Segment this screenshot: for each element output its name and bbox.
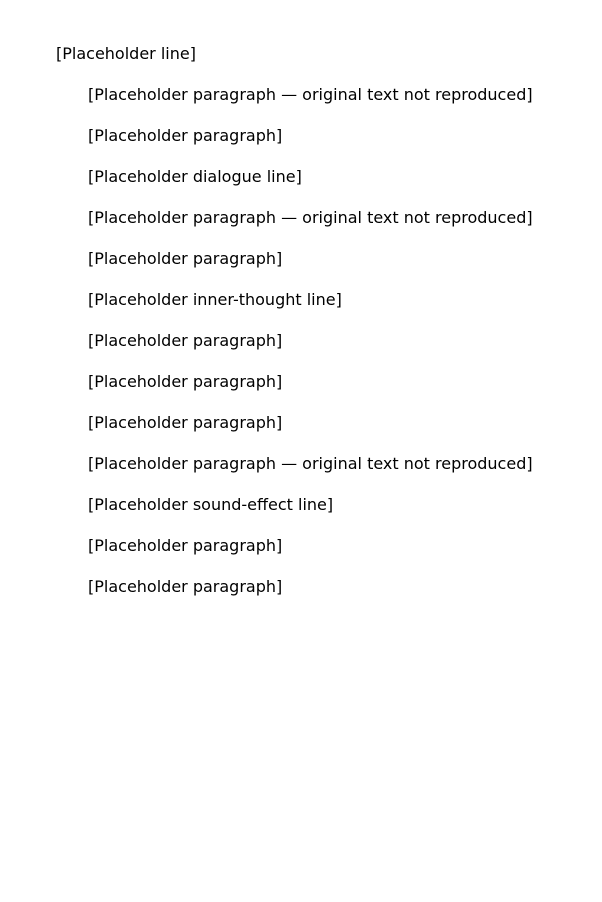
paragraph: [Placeholder paragraph — original text n… (56, 448, 546, 479)
paragraph: [Placeholder paragraph] (56, 325, 546, 356)
paragraph: [Placeholder dialogue line] (56, 161, 546, 192)
paragraph: [Placeholder paragraph] (56, 571, 546, 602)
paragraph: [Placeholder paragraph] (56, 530, 546, 561)
paragraph: [Placeholder line] (56, 38, 546, 69)
paragraph: [Placeholder sound-effect line] (56, 489, 546, 520)
paragraph: [Placeholder paragraph] (56, 120, 546, 151)
document-page: [Placeholder line] [Placeholder paragrap… (0, 0, 602, 902)
paragraph: [Placeholder paragraph] (56, 243, 546, 274)
paragraph: [Placeholder paragraph — original text n… (56, 79, 546, 110)
paragraph: [Placeholder paragraph] (56, 407, 546, 438)
paragraph: [Placeholder inner-thought line] (56, 284, 546, 315)
paragraph: [Placeholder paragraph] (56, 366, 546, 397)
paragraph: [Placeholder paragraph — original text n… (56, 202, 546, 233)
